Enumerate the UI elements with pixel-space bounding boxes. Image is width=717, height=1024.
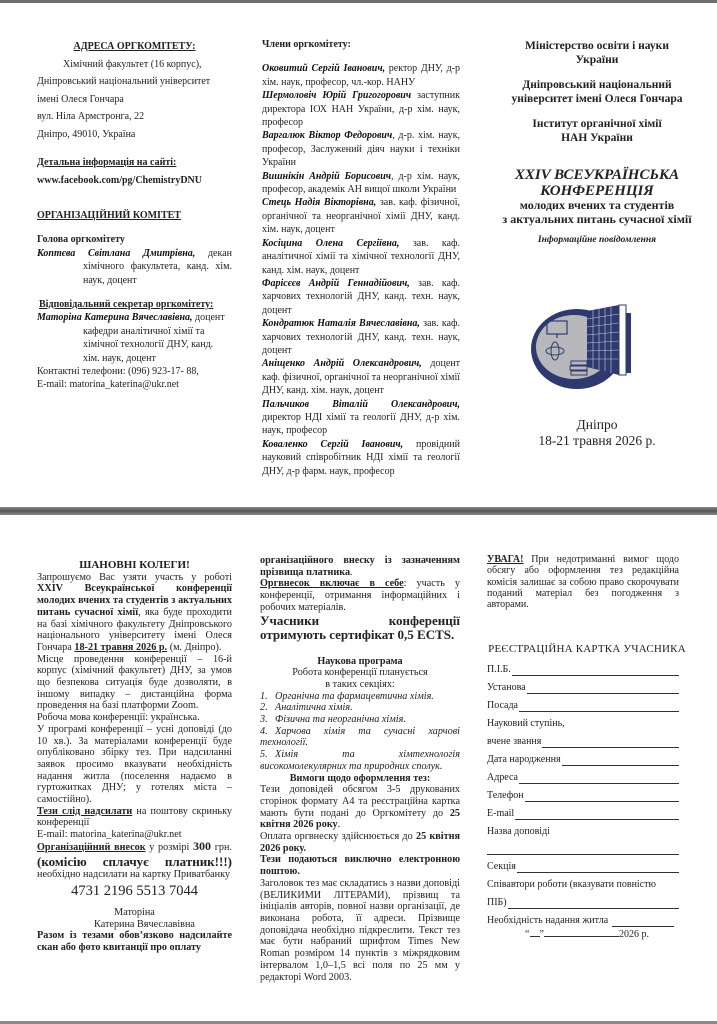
member-entry: Кондратюк Наталія Вячеславівна, зав. каф…: [262, 317, 460, 357]
section-number: 4.: [260, 726, 275, 738]
ministry: Міністерство освіти і науки: [492, 40, 702, 54]
university-logo-icon: [527, 297, 637, 392]
email-only-note: Тези подаються виключно електронною пошт…: [260, 854, 460, 877]
field-date[interactable]: “”2026 р.: [487, 929, 687, 940]
head-entry: Коптєва Світлана Дмитрівна, декан хімічн…: [37, 247, 232, 287]
intro-text: Запрошуємо Вас узяти участь у роботі: [37, 572, 232, 583]
date-year: 2026 р.: [619, 929, 649, 940]
member-entry: Шермоловіч Юрій Григогорович заступник д…: [262, 89, 460, 129]
member-name: Коваленко Сергій Іванович,: [262, 439, 403, 450]
site-label: Детальна інформація на сайті:: [37, 154, 232, 172]
org-committee-title: ОРГАНІЗАЦІЙНИЙ КОМІТЕТ: [37, 209, 232, 222]
field-label: Необхідність надання житла: [487, 915, 608, 926]
contact-phones: Контактні телефони: (096) 923-17- 88,: [37, 365, 232, 378]
member-name: Фарісєєв Андрій Геннадійович,: [262, 278, 410, 289]
receipt-cont: організаційного внеску із зазначенням пр…: [260, 555, 460, 578]
field-report-line[interactable]: [487, 838, 679, 855]
format-text: Заголовок тез має складатись з назви доп…: [260, 878, 460, 983]
member-entry: Аніщенко Андрій Олександрович, доцент ка…: [262, 357, 460, 397]
pay-text: Оплата оргвнеску здійснюється до: [260, 831, 416, 842]
field-birth-date[interactable]: Дата народження: [487, 748, 687, 766]
registration-title: РЕЄСТРАЦІЙНА КАРТКА УЧАСНИКА: [487, 644, 687, 655]
section-item: 3.Фізична та неорганічна хімія.: [260, 714, 460, 726]
recipient-surname: Маторіна: [37, 907, 232, 919]
field-label: E-mail: [487, 808, 514, 819]
intro-text: (м. Дніпро).: [167, 642, 221, 653]
member-name: Вишнікін Андрій Борисович: [262, 171, 391, 182]
member-name: Варгалюк Віктор Федорович: [262, 130, 392, 141]
conference-title: XXIV ВСЕУКРАЇНСЬКА КОНФЕРЕНЦІЯ: [492, 167, 702, 199]
secretary-entry: Маторіна Катерина Вячеславівна, доцент к…: [37, 311, 232, 365]
secretary-label: Відповідальний секретар оргкомітету:: [37, 298, 232, 311]
member-entry: Коваленко Сергій Іванович, провідний нау…: [262, 438, 460, 478]
field-academic-title[interactable]: вчене звання: [487, 730, 687, 748]
requirements-title: Вимоги щодо оформлення тез:: [260, 773, 460, 785]
conference-title-line: XXIV ВСЕУКРАЇНСЬКА: [492, 167, 702, 183]
includes-label: Оргвнесок включає в себе: [260, 578, 404, 589]
member-name: Оковитий Сергій Іванович,: [262, 63, 385, 74]
section-item: 2.Аналітична хімія.: [260, 702, 460, 714]
req-text: Тези доповідей обсягом 3-5 друкованих ст…: [260, 784, 460, 818]
sections-list: 1.Органічна та фармацевтична хімія.2.Ана…: [260, 691, 460, 773]
address-line: Дніпро, 49010, Україна: [37, 126, 232, 144]
member-name: Аніщенко Андрій Олександрович,: [262, 358, 422, 369]
field-housing[interactable]: Необхідність надання житла: [487, 909, 687, 927]
member-entry: Косіцина Олена Сергіївна, зав. каф. анал…: [262, 237, 460, 277]
receipt-note: Разом із тезами обов’язково надсилайте с…: [37, 930, 232, 953]
cover-column: Міністерство освіти і науки України Дніп…: [492, 40, 702, 248]
registration-column: УВАГА! При недотриманні вимог щодо обсяг…: [487, 554, 687, 940]
fee-label: Організаційний внесок: [37, 842, 146, 853]
section-text: Органічна та фармацевтична хімія.: [275, 691, 434, 702]
field-label: Дата народження: [487, 754, 561, 765]
section-number: 2.: [260, 702, 275, 714]
info-notice: Інформаційне повідомлення: [492, 234, 702, 248]
section-text: Хімія та хімтехнологія високомолекулярни…: [260, 749, 460, 772]
program-intro: Робота конференції планується: [260, 667, 460, 679]
language-text: Робоча мова конференції: українська.: [37, 712, 232, 724]
field-section[interactable]: Секція: [487, 855, 687, 873]
members-column: Члени оргкомітету: Оковитий Сергій Івано…: [262, 38, 460, 478]
head-label: Голова оргкомітету: [37, 233, 232, 246]
address-line: імені Олеся Гончара: [37, 91, 232, 109]
address-line: Хімічний факультет (16 корпус),: [37, 56, 232, 74]
city: Дніпро: [492, 417, 702, 433]
member-name: Пальчиков Віталій Олександрович,: [262, 399, 460, 410]
fee-includes: Оргвнесок включає в себе: участь у конфе…: [260, 578, 460, 613]
section-item: 4.Харчова хімія та сучасні харчові техно…: [260, 726, 460, 749]
field-label: ПІБ): [487, 897, 507, 908]
commission-note: (комісію сплачує платник!!!): [37, 854, 232, 869]
page-separator: [0, 507, 717, 515]
program-column: організаційного внеску із зазначенням пр…: [260, 555, 460, 983]
field-position[interactable]: Посада: [487, 694, 687, 712]
warning-text: УВАГА! При недотриманні вимог щодо обсяг…: [487, 554, 679, 610]
field-degree-label: Науковий ступінь,: [487, 712, 687, 730]
field-label: Секція: [487, 861, 516, 872]
section-number: 5.: [260, 749, 275, 761]
field-label: Установа: [487, 682, 526, 693]
fee-card-text: необхідно надсилати на картку Приватбанк…: [37, 869, 230, 880]
payment-deadline: Оплата оргвнеску здійснюється до 25 квіт…: [260, 831, 460, 854]
date-quote: ”: [540, 929, 544, 940]
secretary-name: Маторіна Катерина Вячеславівна,: [37, 312, 193, 323]
conference-dates: 18-21 травня 2026 р.: [74, 642, 167, 653]
conference-subtitle-line: молодих вчених та студентів: [492, 199, 702, 213]
conference-dates: 18-21 травня 2026 р.: [492, 433, 702, 449]
invitation-text: Запрошуємо Вас узяти участь у роботі XXI…: [37, 572, 232, 654]
member-name: Шермоловіч Юрій Григогорович: [262, 90, 411, 101]
field-coauthors[interactable]: ПІБ): [487, 891, 687, 909]
date-quote: “: [525, 929, 529, 940]
field-label: Співавтори роботи (вказувати повністю: [487, 879, 656, 890]
requirements-text: Тези доповідей обсягом 3-5 друкованих ст…: [260, 784, 460, 831]
member-name: Косіцина Олена Сергіївна,: [262, 238, 399, 249]
ects-note: Учасники конференції отримують сертифіка…: [260, 614, 460, 642]
section-text: Фізична та неорганічна хімія.: [275, 714, 406, 725]
field-label: Назва доповіді: [487, 826, 550, 837]
conference-subtitle: молодих вчених та студентів з актуальних…: [492, 199, 702, 226]
member-name: Кондратюк Наталія Вячеславівна,: [262, 318, 420, 329]
institute: НАН України: [492, 132, 702, 146]
university: університет імені Олеся Гончара: [492, 93, 702, 107]
field-label: Адреса: [487, 772, 518, 783]
members-title: Члени оргкомітету:: [262, 38, 460, 51]
venue-text: Місце проведення конференції – 16-й корп…: [37, 654, 232, 713]
address-line: Дніпровський національний університет: [37, 73, 232, 91]
field-phone[interactable]: Телефон: [487, 784, 687, 802]
field-coauthors-label: Співавтори роботи (вказувати повністю: [487, 873, 687, 891]
section-text: Харчова хімія та сучасні харчові техноло…: [260, 726, 460, 749]
conference-subtitle-line: з актуальних питань сучасної хімії: [492, 213, 702, 227]
program-text: У програмі конференції – усні доповіді (…: [37, 724, 232, 806]
field-institution[interactable]: Установа: [487, 676, 687, 694]
members-list: Оковитий Сергій Іванович, ректор ДНУ, д-…: [262, 62, 460, 478]
field-label: П.І.Б.: [487, 664, 511, 675]
city-date: Дніпро 18-21 травня 2026 р.: [492, 417, 702, 449]
receipt-note-cont: організаційного внеску із зазначенням пр…: [260, 555, 460, 578]
section-number: 3.: [260, 714, 275, 726]
university: Дніпровський національний: [492, 79, 702, 93]
site-url[interactable]: www.facebook.com/pg/ChemistryDNU: [37, 172, 232, 190]
member-name: Стець Надія Вікторівна,: [262, 197, 376, 208]
field-label: Науковий ступінь,: [487, 718, 565, 729]
fee-desc: у розмірі: [146, 842, 193, 853]
section-number: 1.: [260, 691, 275, 703]
card-number: 4731 2196 5513 7044: [37, 882, 232, 901]
ministry: України: [492, 54, 702, 68]
warning-label: УВАГА!: [487, 554, 523, 565]
top-edge-bar: [0, 0, 717, 3]
section-text: Аналітична хімія.: [275, 702, 353, 713]
field-label: Посада: [487, 700, 518, 711]
member-entry: Оковитий Сергій Іванович, ректор ДНУ, д-…: [262, 62, 460, 89]
field-label: вчене звання: [487, 736, 541, 747]
greeting: ШАНОВНІ КОЛЕГИ!: [37, 560, 232, 572]
fee-text: Організаційний внесок у розмірі 300 грн.…: [37, 841, 232, 881]
address-line: вул. Ніла Армстронга, 22: [37, 108, 232, 126]
field-report-label: Назва доповіді: [487, 820, 687, 838]
recipient-name: Катерина Вячеславівна: [37, 919, 232, 931]
field-name[interactable]: П.І.Б.: [487, 658, 687, 676]
member-entry: Стець Надія Вікторівна, зав. каф. фізичн…: [262, 196, 460, 236]
member-entry: Вишнікін Андрій Борисович, д-р хім. наук…: [262, 170, 460, 197]
section-item: 1.Органічна та фармацевтична хімія.: [260, 691, 460, 703]
address-title: АДРЕСА ОРГКОМІТЕТУ:: [37, 38, 232, 56]
member-entry: Фарісєєв Андрій Геннадійович, зав. каф. …: [262, 277, 460, 317]
member-entry: Варгалюк Віктор Федорович, д-р. хім. нау…: [262, 129, 460, 169]
conference-title-line: КОНФЕРЕНЦІЯ: [492, 183, 702, 199]
program-title: Наукова програма: [260, 656, 460, 668]
institute: Інститут органічної хімії: [492, 118, 702, 132]
section-item: 5.Хімія та хімтехнологія високомолекуляр…: [260, 749, 460, 772]
field-email[interactable]: E-mail: [487, 802, 687, 820]
program-intro: в таких секціях:: [260, 679, 460, 691]
member-entry: Пальчиков Віталій Олександрович, директо…: [262, 398, 460, 438]
fee-amount: 300: [193, 839, 211, 853]
address-column: АДРЕСА ОРГКОМІТЕТУ: Хімічний факультет (…: [37, 38, 232, 392]
invitation-column: ШАНОВНІ КОЛЕГИ! Запрошуємо Вас узяти уча…: [37, 560, 232, 954]
fee-currency: грн.: [211, 842, 232, 853]
member-desc: директор НДІ хімії та геології ДНУ, д-р …: [262, 412, 460, 436]
field-label: Телефон: [487, 790, 524, 801]
head-name: Коптєва Світлана Дмитрівна,: [37, 248, 195, 259]
send-text: Тези слід надсилати на поштову скриньку …: [37, 806, 232, 829]
send-label: Тези слід надсилати: [37, 806, 132, 817]
field-address[interactable]: Адреса: [487, 766, 687, 784]
contact-email[interactable]: E-mail: matorina_katerina@ukr.net: [37, 378, 232, 391]
